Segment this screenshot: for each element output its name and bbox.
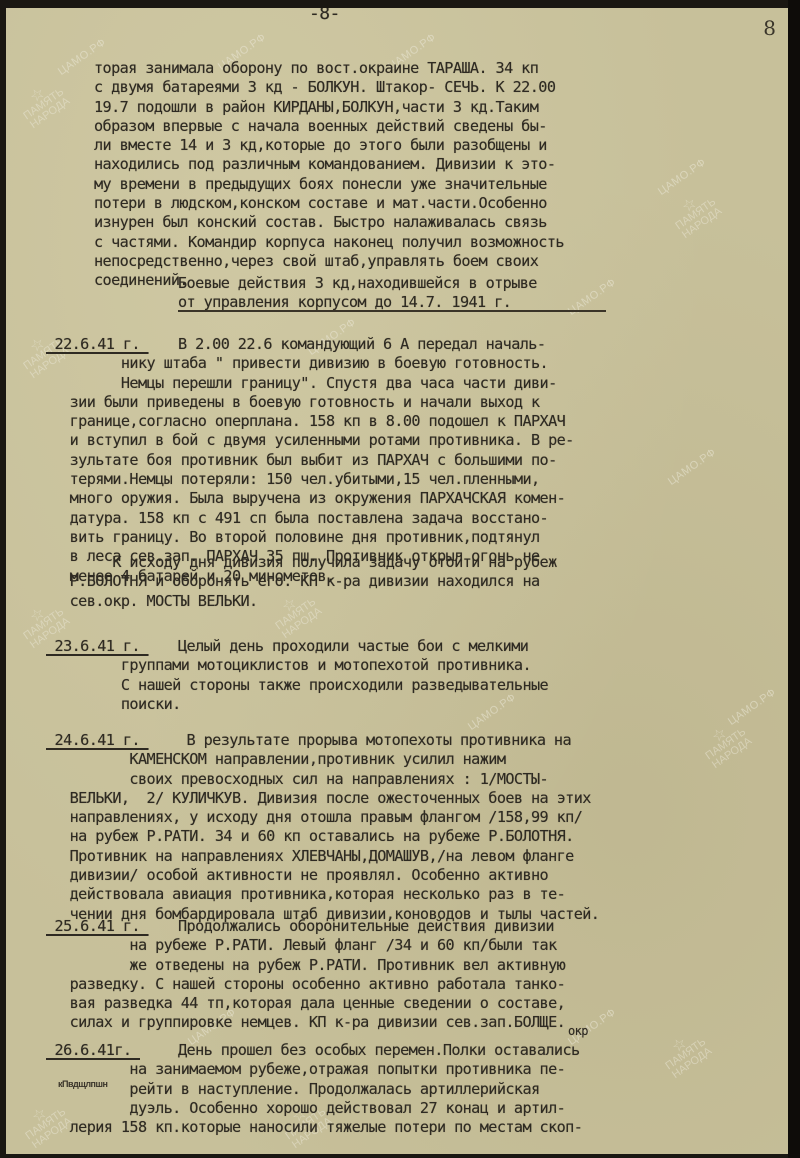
entry-line: С нашей стороны также происходили развед… bbox=[44, 676, 548, 695]
entry-extra-paragraph: К исходу дня дивизия получила задачу ото… bbox=[44, 553, 557, 611]
watermark-pamyat-naroda: ☆ ПАМЯТЬ НАРОДА bbox=[662, 184, 730, 245]
watermark-camo: ЦАМО.РФ bbox=[566, 276, 618, 318]
entry-body: нику штаба " привести дивизию в боевую г… bbox=[44, 354, 574, 586]
entry-line: Немцы перешли границу". Спустя два часа … bbox=[44, 374, 574, 393]
section-heading-line-1: Боевые действия 3 кд,находившейся в отры… bbox=[178, 274, 537, 293]
intro-line: непосредственно,через свой штаб,управлят… bbox=[94, 252, 564, 271]
entry-first-line: Целый день проходили частые бои с мелким… bbox=[178, 637, 528, 656]
intro-line: потери в людском,конском составе и мат.ч… bbox=[94, 194, 564, 213]
entry-line: дивизии/ особой активности не проявлял. … bbox=[44, 866, 599, 885]
entry-body: КАМЕНСКОМ направлении,противник усилил н… bbox=[44, 750, 599, 924]
watermark-pamyat-naroda: ☆ ПАМЯТЬ НАРОДА bbox=[692, 714, 760, 775]
entry-date: 22.6.41 г. bbox=[46, 335, 149, 354]
entry-line: и вступил в бой с двумя усиленными ротам… bbox=[44, 431, 574, 450]
entry-first-line: Продолжались оборонительные действия див… bbox=[178, 917, 554, 936]
entry-line: границе,согласно оперплана. 158 кп в 8.0… bbox=[44, 412, 574, 431]
entry-body: группами мотоциклистов и мотопехотой про… bbox=[44, 656, 548, 714]
entry-date: 26.6.41г. bbox=[46, 1041, 140, 1060]
entry-line: своих превосходных сил на направлениях :… bbox=[44, 770, 599, 789]
intro-line: с частями. Командир корпуса наконец полу… bbox=[94, 233, 564, 252]
watermark-camo: ЦАМО.РФ bbox=[656, 156, 708, 198]
entry-body: на занимаемом рубеже,отражая попытки про… bbox=[44, 1060, 582, 1137]
entry-line: силах и группировке немцев. КП к-ра диви… bbox=[44, 1013, 565, 1032]
entry-line: Противник на направлениях ХЛЕВЧАНЫ,ДОМАШ… bbox=[44, 847, 599, 866]
entry-first-line: День прошел без особых перемен.Полки ост… bbox=[178, 1041, 580, 1060]
star-icon: ☆ bbox=[652, 1024, 707, 1067]
entry-line: КАМЕНСКОМ направлении,противник усилил н… bbox=[44, 750, 599, 769]
entry-line: терями.Немцы потеряли: 150 чел.убитыми,1… bbox=[44, 470, 574, 489]
intro-line: с двумя батареями 3 кд - БОЛКУН. Штакор-… bbox=[94, 78, 564, 97]
intro-line: ли вместе 14 и 3 кд,которые до этого был… bbox=[94, 136, 564, 155]
entry-line: ВЕЛЬКИ, 2/ КУЛИЧКУВ. Дивизия после ожест… bbox=[44, 789, 599, 808]
entry-line: дуэль. Особенно хорошо действовал 27 кон… bbox=[44, 1099, 582, 1118]
entry-line: зии были приведены в боевую готовность и… bbox=[44, 393, 574, 412]
entry-line: сев.окр. МОСТЫ ВЕЛЬКИ. bbox=[44, 592, 557, 611]
entry-line: К исходу дня дивизия получила задачу ото… bbox=[44, 553, 557, 572]
intro-line: торая занимала оборону по вост.окраине Т… bbox=[94, 59, 564, 78]
watermark-pamyat-naroda: ☆ ПАМЯТЬ НАРОДА bbox=[652, 1024, 720, 1085]
entry-date: 23.6.41 г. bbox=[46, 637, 149, 656]
entry-date: 25.6.41 г. bbox=[46, 917, 149, 936]
star-icon: ☆ bbox=[10, 74, 65, 117]
document-page: ЦАМО.РФ ЦАМО.РФ ЦАМО.РФ ЦАМО.РФ ЦАМО.РФ … bbox=[6, 8, 788, 1154]
watermark-camo: ЦАМО.РФ bbox=[666, 446, 718, 488]
entry-line: направлениях, у исходу дня отошла правым… bbox=[44, 808, 599, 827]
entry-body: на рубеже Р.РАТИ. Левый фланг /34 и 60 к… bbox=[44, 936, 565, 1032]
entry-line: поиски. bbox=[44, 695, 548, 714]
entry-date: 24.6.41 г. bbox=[46, 731, 149, 750]
entry-line: на занимаемом рубеже,отражая попытки про… bbox=[44, 1060, 582, 1079]
star-icon: ☆ bbox=[692, 714, 747, 757]
entry-line: много оружия. Была выручена из окружения… bbox=[44, 489, 574, 508]
watermark-camo: ЦАМО.РФ bbox=[726, 686, 778, 728]
entry-line: на рубеж Р.РАТИ. 34 и 60 кп оставались н… bbox=[44, 827, 599, 846]
handwritten-correction: окр bbox=[568, 1022, 588, 1041]
entry-line: Р.БОЛОТНЯ и оборонять его. КП к-ра дивиз… bbox=[44, 572, 557, 591]
entry-line: на рубеже Р.РАТИ. Левый фланг /34 и 60 к… bbox=[44, 936, 565, 955]
entry-line: лерия 158 кп.которые наносили тяжелые по… bbox=[44, 1118, 582, 1137]
intro-line: 19.7 подошли в район КИРДАНЫ,БОЛКУН,част… bbox=[94, 98, 564, 117]
entry-line: вая разведка 44 тп,которая дала ценные с… bbox=[44, 994, 565, 1013]
star-icon: ☆ bbox=[662, 184, 717, 227]
intro-line: находились под различным командованием. … bbox=[94, 155, 564, 174]
page-number: -8- bbox=[309, 8, 340, 23]
entry-line: же отведены на рубеж Р.РАТИ. Противник в… bbox=[44, 956, 565, 975]
entry-first-line: В результате прорыва мотопехоты противни… bbox=[178, 731, 571, 750]
intro-line: образом впервые с начала военных действи… bbox=[94, 117, 564, 136]
entry-line: разведку. С нашей стороны особенно актив… bbox=[44, 975, 565, 994]
entry-line: зультате боя противник был выбит из ПАРХ… bbox=[44, 451, 574, 470]
intro-line: му времени в предыдущих боях понесли уже… bbox=[94, 175, 564, 194]
intro-paragraph: торая занимала оборону по вост.окраине Т… bbox=[94, 59, 564, 291]
entry-line: действовала авиация противника,которая н… bbox=[44, 885, 599, 904]
entry-line: вить границу. Во второй половине дня про… bbox=[44, 528, 574, 547]
scan-edge bbox=[788, 0, 800, 1158]
archive-sheet-number: 8 bbox=[763, 16, 776, 40]
entry-line: рейти в наступление. Продолжалась артилл… bbox=[44, 1080, 582, 1099]
watermark-pamyat-naroda: ☆ ПАМЯТЬ НАРОДА bbox=[10, 74, 78, 135]
heading-underline bbox=[178, 310, 606, 312]
intro-line: изнурен был конский состав. Быстро налаж… bbox=[94, 213, 564, 232]
entry-line: датура. 158 кп с 491 сп была поставлена … bbox=[44, 509, 574, 528]
entry-first-line: В 2.00 22.6 командующий 6 А передал нача… bbox=[178, 335, 545, 354]
entry-line: группами мотоциклистов и мотопехотой про… bbox=[44, 656, 548, 675]
entry-line: нику штаба " привести дивизию в боевую г… bbox=[44, 354, 574, 373]
